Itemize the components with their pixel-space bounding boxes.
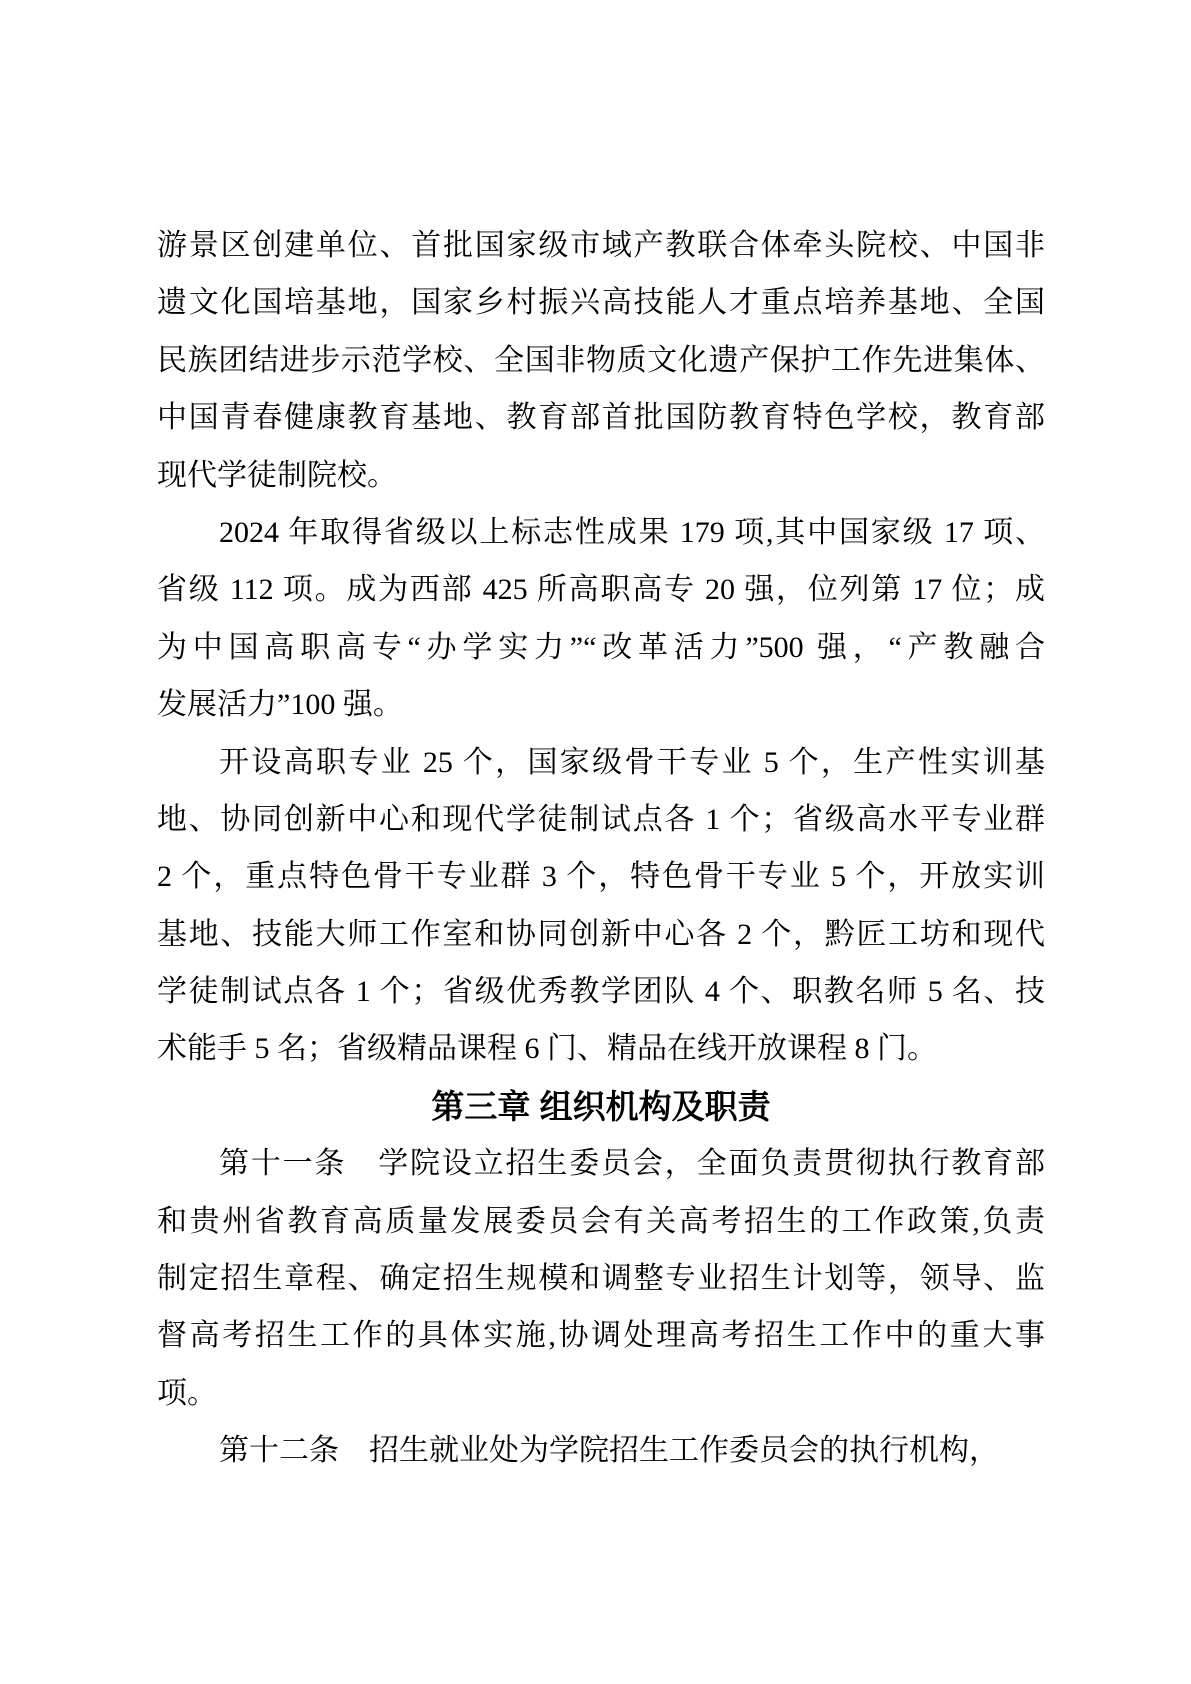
text-line: 制定招生章程、确定招生规模和调整专业招生计划等，领导、监 [157,1250,1045,1307]
chapter-heading: 第三章 组织机构及职责 [157,1078,1045,1135]
text-line: 民族团结进步示范学校、全国非物质文化遗产保护工作先进集体、 [157,332,1045,389]
document-text: 游景区创建单位、首批国家级市域产教联合体牵头院校、中国非 遗文化国培基地，国家乡… [157,217,1045,1480]
document-page: 游景区创建单位、首批国家级市域产教联合体牵头院校、中国非 遗文化国培基地，国家乡… [0,0,1191,1684]
text-line: 2 个，重点特色骨干专业群 3 个，特色骨干专业 5 个，开放实训 [157,848,1045,905]
text-line: 为中国高职高专“办学实力”“改革活力”500 强，“产教融合 [157,619,1045,676]
text-line: 学徒制试点各 1 个；省级优秀教学团队 4 个、职教名师 5 名、技 [157,963,1045,1020]
text-line: 现代学徒制院校。 [157,447,1045,504]
text-line: 中国青春健康教育基地、教育部首批国防教育特色学校，教育部 [157,389,1045,446]
text-line: 地、协同创新中心和现代学徒制试点各 1 个；省级高水平专业群 [157,791,1045,848]
text-line: 督高考招生工作的具体实施,协调处理高考招生工作中的重大事 [157,1307,1045,1364]
text-line: 和贵州省教育高质量发展委员会有关高考招生的工作政策,负责 [157,1193,1045,1250]
text-line: 第十一条 学院设立招生委员会，全面负责贯彻执行教育部 [157,1135,1045,1192]
text-line: 第十二条 招生就业处为学院招生工作委员会的执行机构， [157,1422,1045,1479]
text-line: 遗文化国培基地，国家乡村振兴高技能人才重点培养基地、全国 [157,274,1045,331]
text-line: 基地、技能大师工作室和协同创新中心各 2 个，黔匠工坊和现代 [157,906,1045,963]
text-line: 发展活力”100 强。 [157,676,1045,733]
text-line: 游景区创建单位、首批国家级市域产教联合体牵头院校、中国非 [157,217,1045,274]
text-line: 省级 112 项。成为西部 425 所高职高专 20 强，位列第 17 位；成 [157,561,1045,618]
text-line: 开设高职专业 25 个，国家级骨干专业 5 个，生产性实训基 [157,734,1045,791]
text-line: 2024 年取得省级以上标志性成果 179 项,其中国家级 17 项、 [157,504,1045,561]
text-line: 术能手 5 名；省级精品课程 6 门、精品在线开放课程 8 门。 [157,1020,1045,1077]
text-line: 项。 [157,1365,1045,1422]
